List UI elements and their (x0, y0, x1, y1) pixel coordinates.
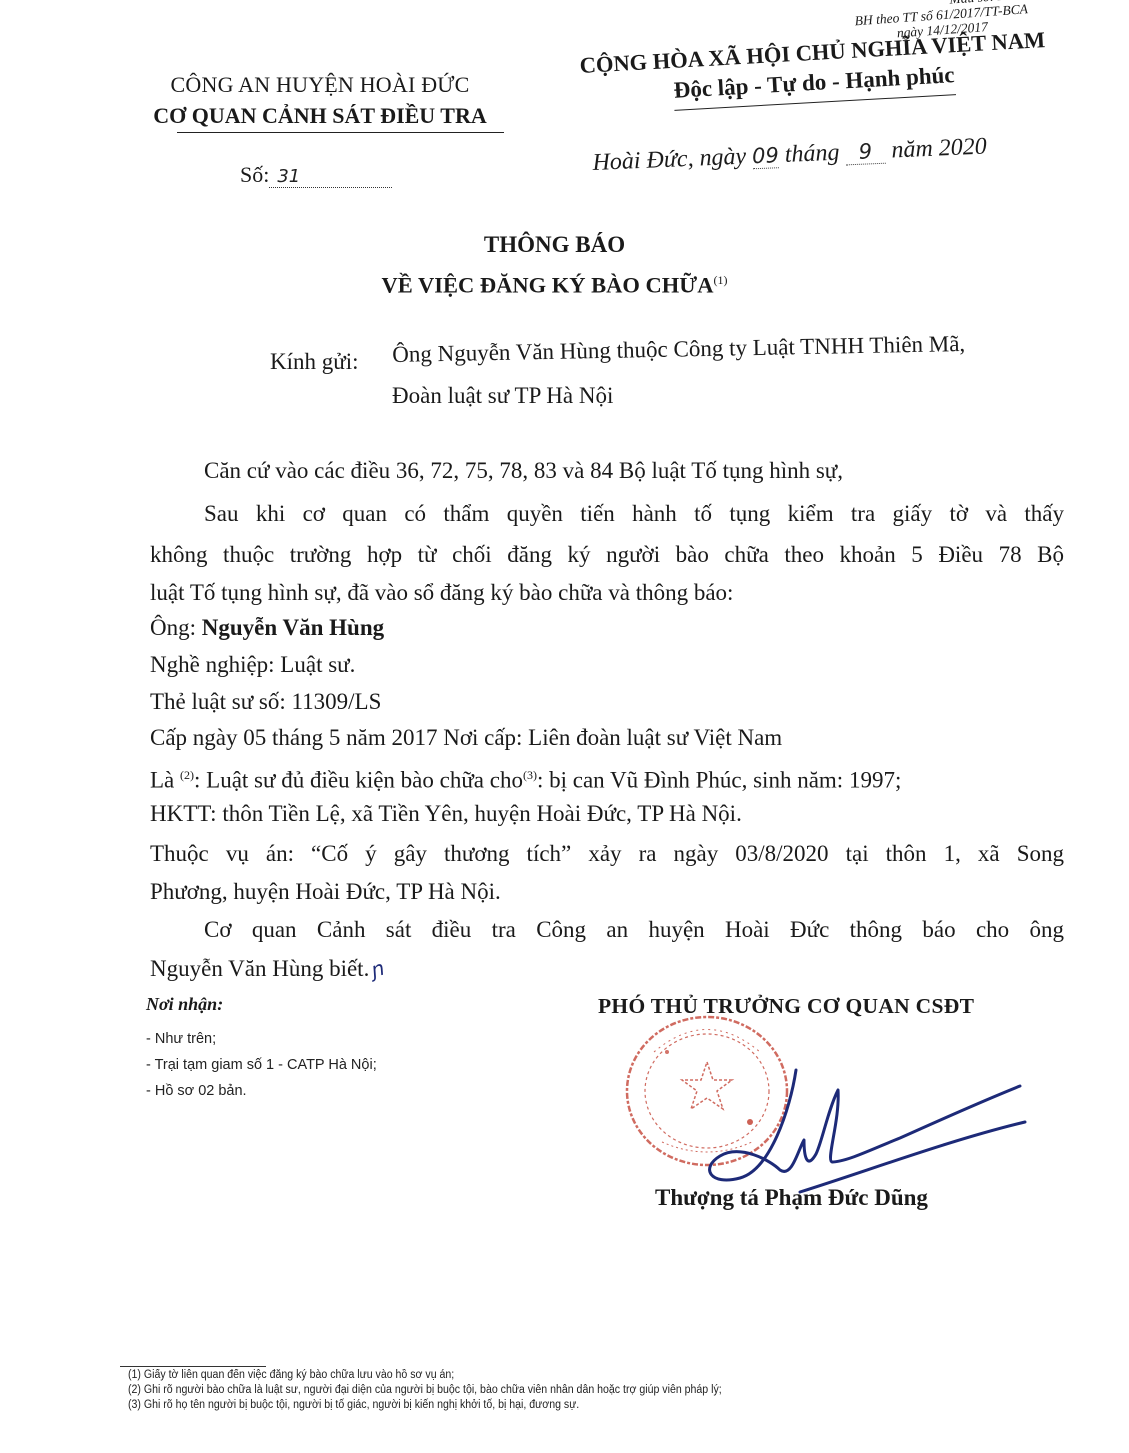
occupation: Nghề nghiệp: Luật sư. (150, 651, 355, 679)
office-name: CƠ QUAN CẢNH SÁT ĐIỀU TRA (125, 100, 515, 132)
document-number-value: 31 (269, 167, 392, 188)
closing-text: Nguyễn Văn Hùng biết. (150, 956, 369, 981)
footnote-3: (3) Ghi rõ họ tên người bị buộc tội, ngư… (128, 1398, 722, 1413)
recipient-line-2: Đoàn luật sư TP Hà Nội (392, 383, 613, 409)
lawyer-card-number: Thẻ luật sư số: 11309/LS (150, 688, 381, 716)
role-text: : Luật sư đủ điều kiện bào chữa cho (194, 768, 523, 793)
signatory-title: PHÓ THỦ TRƯỞNG CƠ QUAN CSĐT (598, 994, 974, 1019)
footnote-1: (1) Giấy tờ liên quan đến việc đăng ký b… (128, 1368, 722, 1383)
legal-basis: Căn cứ vào các điều 36, 72, 75, 78, 83 v… (204, 457, 843, 485)
document-number-label: Số: (240, 162, 269, 187)
role-prefix: Là (150, 768, 174, 793)
footnotes: (1) Giấy tờ liên quan đến việc đăng ký b… (128, 1368, 722, 1413)
closing-line-1: Cơ quan Cảnh sát điều tra Công an huyện … (204, 916, 1064, 944)
distribution-item: - Như trên; (146, 1026, 377, 1052)
footnote-ref-2: (2) (180, 768, 194, 782)
initial-mark-icon: ɲ (368, 954, 388, 984)
closing-line-2: Nguyễn Văn Hùng biết.ɲ (150, 955, 384, 983)
date-month: 9 (845, 139, 886, 166)
footnote-2: (2) Ghi rõ người bào chữa là luật sư, ng… (128, 1383, 722, 1398)
distribution-label: Nơi nhận: (146, 994, 223, 1015)
year-label: năm 2020 (891, 133, 987, 163)
distribution-item: - Hồ sơ 02 bản. (146, 1078, 377, 1104)
date-day: 09 (752, 143, 780, 169)
signature-icon (700, 1050, 1030, 1200)
recipient-line-1: Ông Nguyễn Văn Hùng thuộc Công ty Luật T… (392, 331, 965, 368)
document-number: Số:31 (240, 162, 392, 188)
month-label: tháng (784, 140, 840, 168)
title-subject: VỀ VIỆC ĐĂNG KÝ BÀO CHỮA (382, 273, 714, 298)
paragraph-2-line-3: luật Tố tụng hình sự, đã vào sổ đăng ký … (150, 579, 733, 607)
defendant-residence: HKTT: thôn Tiền Lệ, xã Tiền Yên, huyện H… (150, 800, 742, 828)
paragraph-2-line-2: không thuộc trường hợp từ chối đăng ký n… (150, 541, 1064, 569)
document-title: THÔNG BÁO VỀ VIỆC ĐĂNG KÝ BÀO CHỮA(1) (0, 232, 1129, 308)
lawyer-name-label: Ông: (150, 615, 196, 640)
recipient-label: Kính gửi: (270, 349, 359, 375)
lawyer-name: Nguyễn Văn Hùng (202, 615, 384, 640)
header-underline (177, 132, 504, 133)
footnote-ref-1: (1) (713, 273, 727, 287)
card-issue-info: Cấp ngày 05 tháng 5 năm 2017 Nơi cấp: Li… (150, 724, 782, 752)
footnote-ref-3: (3) (523, 768, 537, 782)
agency-name: CÔNG AN HUYỆN HOÀI ĐỨC (125, 70, 515, 100)
signatory-name: Thượng tá Phạm Đức Dũng (655, 1185, 928, 1211)
place-and-date: Hoài Đức, ngày 09 tháng 9 năm 2020 (592, 133, 987, 176)
case-line-1: Thuộc vụ án: “Cố ý gây thương tích” xảy … (150, 840, 1064, 868)
case-line-2: Phương, huyện Hoài Đức, TP Hà Nội. (150, 878, 501, 906)
lawyer-name-line: Ông: Nguyễn Văn Hùng (150, 614, 384, 642)
distribution-item: - Trại tạm giam số 1 - CATP Hà Nội; (146, 1052, 377, 1078)
issuing-agency-header: CÔNG AN HUYỆN HOÀI ĐỨC CƠ QUAN CẢNH SÁT … (125, 70, 515, 132)
defendant-info: : bị can Vũ Đình Phúc, sinh năm: 1997; (537, 768, 901, 793)
footnote-separator (120, 1366, 266, 1367)
title-line-2: VỀ VIỆC ĐĂNG KÝ BÀO CHỮA(1) (0, 258, 1129, 308)
defender-role: Là (2): Luật sư đủ điều kiện bào chữa ch… (150, 761, 901, 795)
paragraph-2-line-1: Sau khi cơ quan có thẩm quyền tiến hành … (204, 500, 1064, 528)
title-line-1: THÔNG BÁO (0, 232, 1129, 258)
distribution-list: - Như trên; - Trại tạm giam số 1 - CATP … (146, 1026, 377, 1104)
place-label: Hoài Đức, ngày (592, 144, 747, 176)
national-header: CỘNG HÒA XÃ HỘI CHỦ NGHĨA VIỆT NAM Độc l… (562, 24, 1065, 117)
